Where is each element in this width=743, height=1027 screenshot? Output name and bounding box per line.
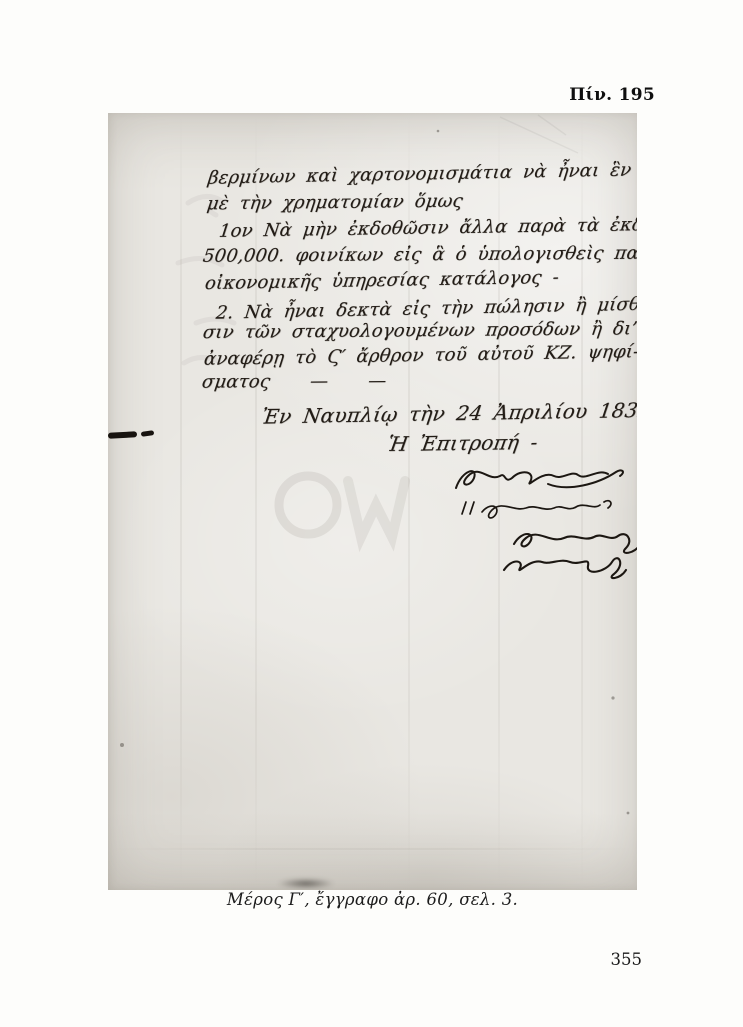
handwriting-line: ἀναφέρῃ τὸ Ϛ′ ἄρθρον τοῦ αὐτοῦ ΚΖ. ψηφί- bbox=[203, 341, 637, 370]
plate-label: Πίν. 195 bbox=[569, 85, 655, 105]
fold-line bbox=[180, 113, 182, 890]
committee-line: Ἡ Ἐπιτροπή - bbox=[386, 430, 540, 456]
scratch-marks bbox=[500, 115, 578, 153]
handwriting-line: σιν τῶν σταχυολογουμένων προσόδων ἢ δι’ … bbox=[202, 318, 637, 343]
figure-caption: Μέρος Γ′, ἔγγραφο ἀρ. 60, σελ. 3. bbox=[108, 890, 637, 909]
handwriting-line: σματος — — bbox=[201, 370, 388, 392]
handwriting-line: οἰκονομικῆς ὑπηρεσίας κατάλογος - bbox=[204, 267, 560, 294]
signature-4 bbox=[504, 558, 626, 578]
crease-line bbox=[108, 848, 637, 850]
ink-dash-mark bbox=[108, 431, 137, 439]
book-page: Πίν. 195 βερμίνων κα bbox=[0, 0, 743, 1027]
ink-dash-mark bbox=[141, 430, 155, 437]
signature-block bbox=[448, 458, 637, 586]
handwriting-line: 1ον Νὰ μὴν ἐκδοθῶσιν ἄλλα παρὰ τὰ ἐκδοθέ… bbox=[218, 213, 637, 242]
smudge-mark bbox=[266, 876, 346, 890]
handwriting-line: 500,000. φοινίκων εἰς ἃ ὁ ὑπολογισθεὶς π… bbox=[202, 242, 637, 267]
page-number: 355 bbox=[611, 950, 643, 969]
signature-2 bbox=[462, 501, 611, 518]
manuscript-photo: βερμίνων καὶ χαρτονομισμάτια νὰ ἦναι ἓν … bbox=[108, 113, 637, 890]
signature-3 bbox=[514, 534, 637, 553]
handwriting-line: μὲ τὴν χρηματομίαν ὅμως bbox=[206, 191, 465, 215]
signature-1 bbox=[456, 470, 623, 488]
handwriting-line: βερμίνων καὶ χαρτονομισμάτια νὰ ἦναι ἓν … bbox=[207, 158, 637, 188]
